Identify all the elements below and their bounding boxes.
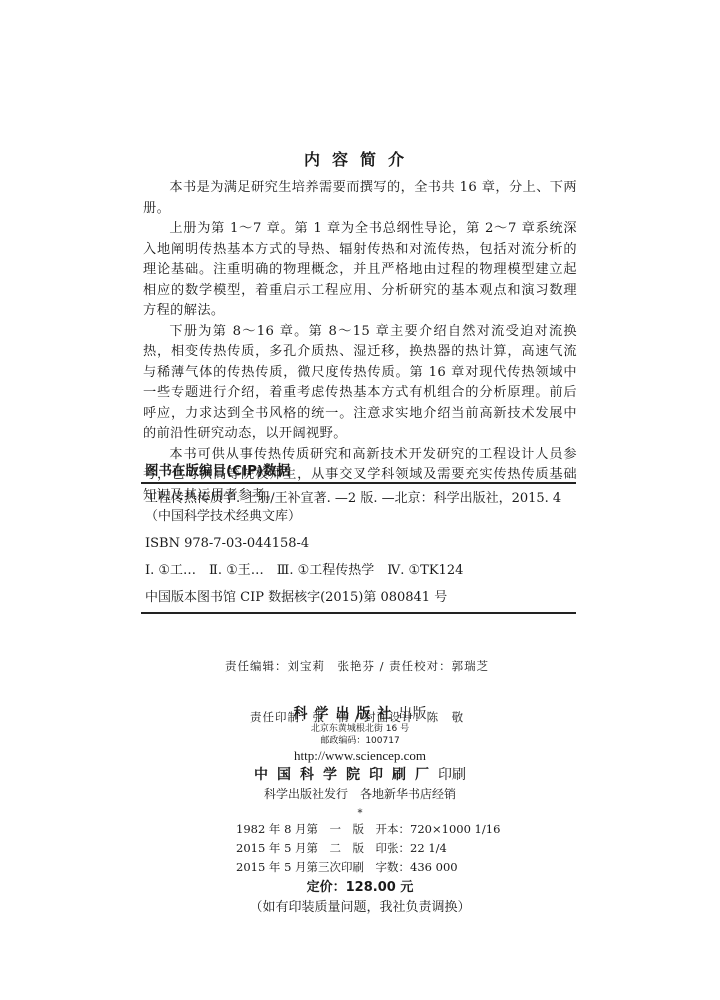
cip-bottom-rule xyxy=(141,612,576,614)
edition-line: 2015 年 5 月第 二 版 印张：22 1/4 xyxy=(143,839,577,858)
cip-number: 中国版本图书馆 CIP 数据核字(2015)第 080841 号 xyxy=(145,589,577,607)
cip-series-line: （中国科学技术经典文库） xyxy=(145,508,577,526)
cip-block: 工程传热传质学. 上册/王补宣著. —2 版. —北京：科学出版社，2015. … xyxy=(145,490,577,607)
publisher-suffix: 出版 xyxy=(399,706,427,722)
quality-note: （如有印装质量问题，我社负责调换） xyxy=(143,898,577,918)
cip-isbn: ISBN 978-7-03-044158-4 xyxy=(145,535,577,553)
edition-block: * 1982 年 8 月第 一 版 开本：720×1000 1/16 2015 … xyxy=(143,808,577,918)
intro-paragraph: 下册为第 8～16 章。第 8～15 章主要介绍自然对流受迫对流换热，相变传热传… xyxy=(143,322,577,445)
publisher-name-line: 科学出版社出版 xyxy=(143,705,577,723)
separator-star: * xyxy=(143,808,577,820)
credits-line: 责任编辑：刘宝莉 张艳芬 / 责任校对：郭瑞芝 xyxy=(225,658,489,675)
cip-subjects: Ⅰ. ①工… Ⅱ. ①王… Ⅲ. ①工程传热学 Ⅳ. ①TK124 xyxy=(145,562,577,580)
printer-suffix: 印刷 xyxy=(438,767,466,783)
printer-name: 中国科学院印刷厂 xyxy=(254,767,438,783)
price: 定价：128.00 元 xyxy=(143,878,577,898)
publisher-name: 科学出版社 xyxy=(294,706,399,722)
publisher-postcode: 邮政编码：100717 xyxy=(143,735,577,747)
publisher-url: http://www.sciencep.com xyxy=(143,747,577,765)
edition-line: 2015 年 5 月第三次印刷 字数：436 000 xyxy=(143,858,577,877)
publisher-address: 北京东黄城根北街 16 号 xyxy=(143,723,577,735)
cip-top-rule xyxy=(141,482,576,484)
cip-heading: 图书在版编目(CIP)数据 xyxy=(145,462,290,480)
printer-line: 中国科学院印刷厂印刷 xyxy=(143,765,577,785)
intro-paragraph: 本书是为满足研究生培养需要而撰写的，全书共 16 章，分上、下两册。 xyxy=(143,178,577,219)
cip-entry-line: 工程传热传质学. 上册/王补宣著. —2 版. —北京：科学出版社，2015. … xyxy=(145,490,577,508)
publisher-block: 科学出版社出版 北京东黄城根北街 16 号 邮政编码：100717 http:/… xyxy=(143,705,577,803)
intro-paragraph: 上册为第 1～7 章。第 1 章为全书总纲性导论，第 2～7 章系统深入地阐明传… xyxy=(143,219,577,322)
section-title: 内容简介 xyxy=(143,150,577,170)
distribution-line: 科学出版社发行 各地新华书店经销 xyxy=(143,785,577,803)
intro-body: 本书是为满足研究生培养需要而撰写的，全书共 16 章，分上、下两册。 上册为第 … xyxy=(143,178,577,506)
edition-line: 1982 年 8 月第 一 版 开本：720×1000 1/16 xyxy=(143,820,577,839)
